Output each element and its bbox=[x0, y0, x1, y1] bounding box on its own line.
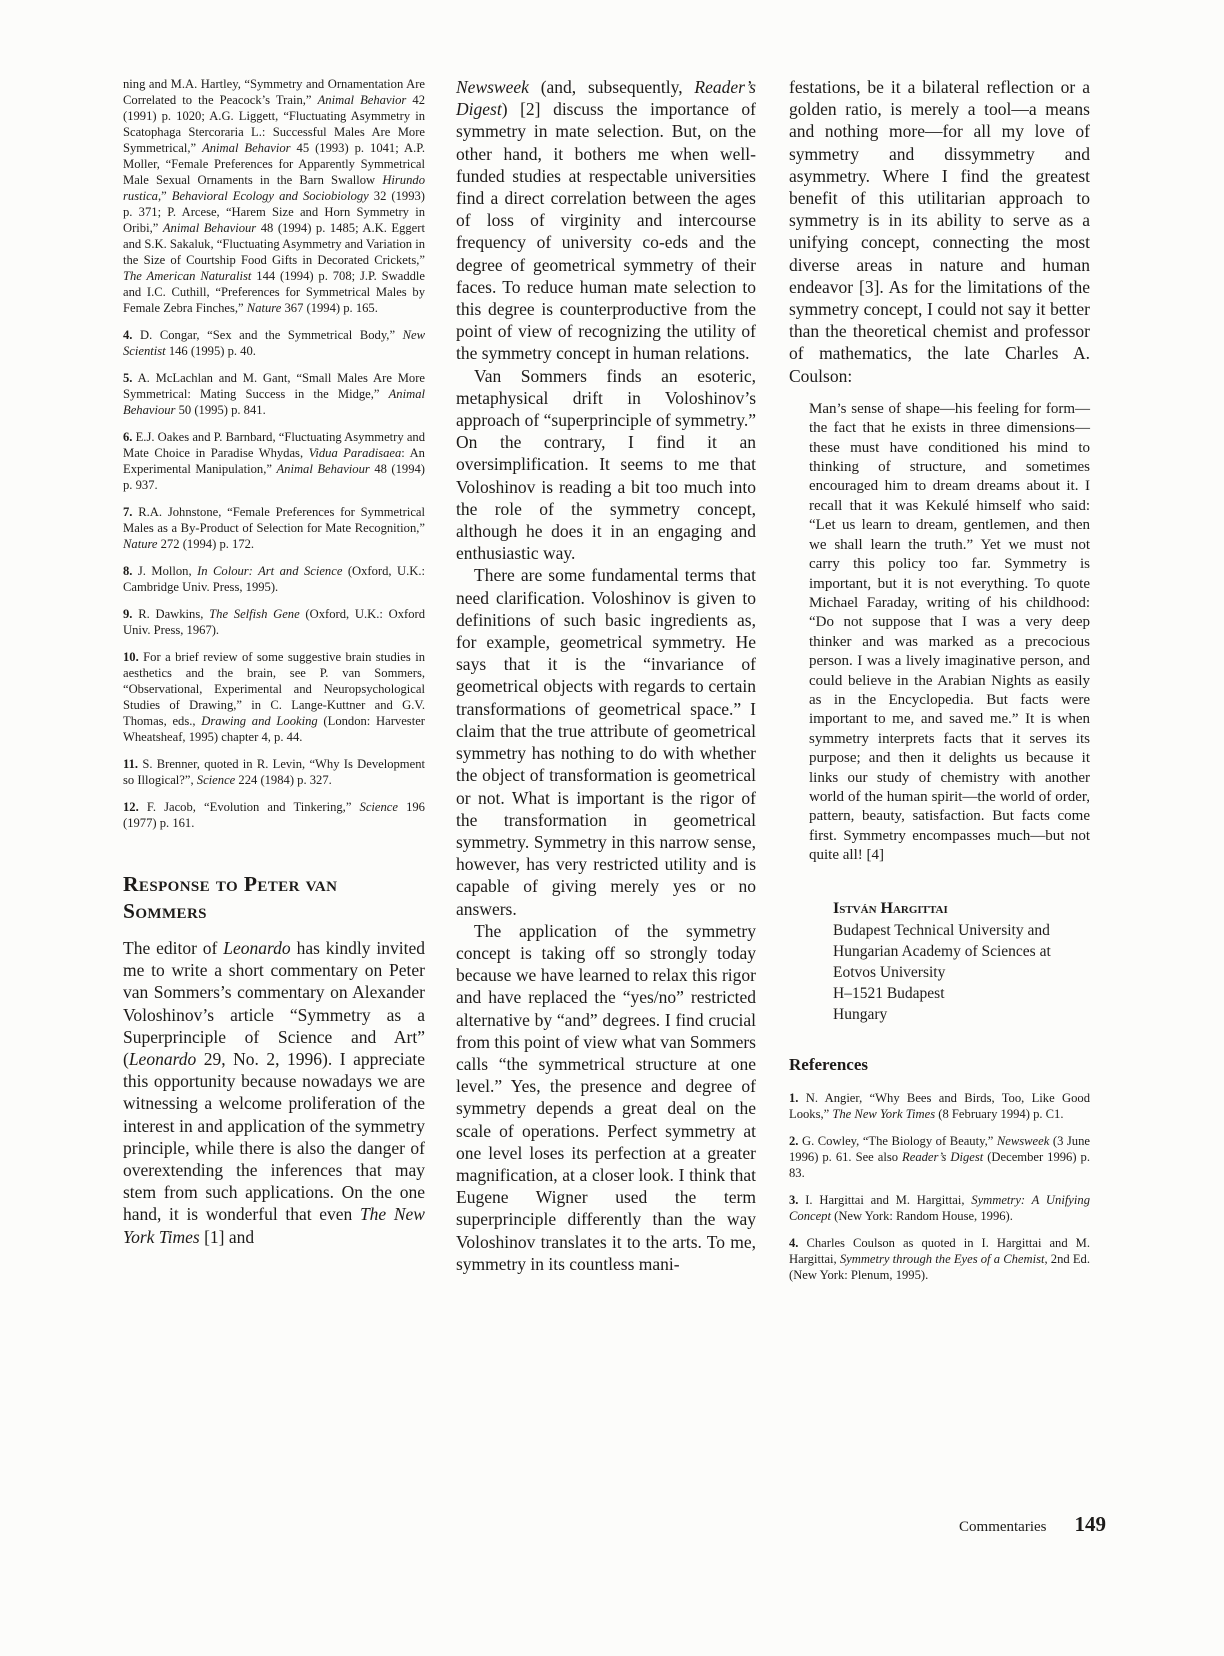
response-lead-paragraph: The editor of Leonardo has kindly invite… bbox=[123, 937, 425, 1248]
page-footer: Commentaries149 bbox=[0, 1512, 1106, 1537]
footer-page-number: 149 bbox=[1075, 1512, 1107, 1536]
affiliation-line: H–1521 Budapest bbox=[833, 983, 1090, 1004]
footnote: 9. R. Dawkins, The Selfish Gene (Oxford,… bbox=[123, 606, 425, 638]
reference-item: 4. Charles Coulson as quoted in I. Hargi… bbox=[789, 1235, 1090, 1283]
middle-column: Newsweek (and, subsequently, Reader’s Di… bbox=[456, 76, 756, 1275]
author-affiliation: Budapest Technical University andHungari… bbox=[833, 920, 1090, 1025]
footnote: 7. R.A. Johnstone, “Female Preferences f… bbox=[123, 504, 425, 552]
body-paragraph: Van Sommers finds an esoteric, metaphysi… bbox=[456, 365, 756, 565]
body-paragraph: There are some fundamental terms that ne… bbox=[456, 564, 756, 919]
journal-page: ning and M.A. Hartley, “Symmetry and Orn… bbox=[0, 0, 1224, 1656]
author-signature-block: István Hargittai Budapest Technical Univ… bbox=[833, 898, 1090, 1025]
right-column: festations, be it a bilateral reflection… bbox=[789, 76, 1090, 1294]
reference-item: 3. I. Hargittai and M. Hargittai, Symmet… bbox=[789, 1192, 1090, 1224]
footnote: 5. A. McLachlan and M. Gant, “Small Male… bbox=[123, 370, 425, 418]
footnote: 12. F. Jacob, “Evolution and Tinkering,”… bbox=[123, 799, 425, 831]
affiliation-line: Hungary bbox=[833, 1004, 1090, 1025]
footer-section-label: Commentaries bbox=[959, 1519, 1046, 1535]
affiliation-line: Eotvos University bbox=[833, 962, 1090, 983]
body-paragraph: Newsweek (and, subsequently, Reader’s Di… bbox=[456, 76, 756, 365]
response-heading: Response to Peter van Sommers bbox=[123, 871, 425, 925]
author-name: István Hargittai bbox=[833, 898, 1090, 919]
coulson-blockquote: Man’s sense of shape—his feeling for for… bbox=[809, 400, 1090, 866]
affiliation-line: Hungarian Academy of Sciences at bbox=[833, 941, 1090, 962]
reference-item: 2. G. Cowley, “The Biology of Beauty,” N… bbox=[789, 1133, 1090, 1181]
footnote: 10. For a brief review of some suggestiv… bbox=[123, 649, 425, 745]
body-paragraph: The application of the symmetry concept … bbox=[456, 920, 756, 1275]
footnote: 4. D. Congar, “Sex and the Symmetrical B… bbox=[123, 327, 425, 359]
affiliation-line: Budapest Technical University and bbox=[833, 920, 1090, 941]
footnote-list: ning and M.A. Hartley, “Symmetry and Orn… bbox=[123, 76, 425, 831]
reference-list: 1. N. Angier, “Why Bees and Birds, Too, … bbox=[789, 1090, 1090, 1283]
left-column: ning and M.A. Hartley, “Symmetry and Orn… bbox=[123, 76, 425, 1248]
reference-item: 1. N. Angier, “Why Bees and Birds, Too, … bbox=[789, 1090, 1090, 1122]
footnote: 11. S. Brenner, quoted in R. Levin, “Why… bbox=[123, 756, 425, 788]
footnote: 8. J. Mollon, In Colour: Art and Science… bbox=[123, 563, 425, 595]
footnote: 6. E.J. Oakes and P. Barnbard, “Fluctuat… bbox=[123, 429, 425, 493]
references-heading: References bbox=[789, 1055, 1090, 1075]
body-paragraph-continuation: festations, be it a bilateral reflection… bbox=[789, 76, 1090, 387]
footnote: ning and M.A. Hartley, “Symmetry and Orn… bbox=[123, 76, 425, 316]
